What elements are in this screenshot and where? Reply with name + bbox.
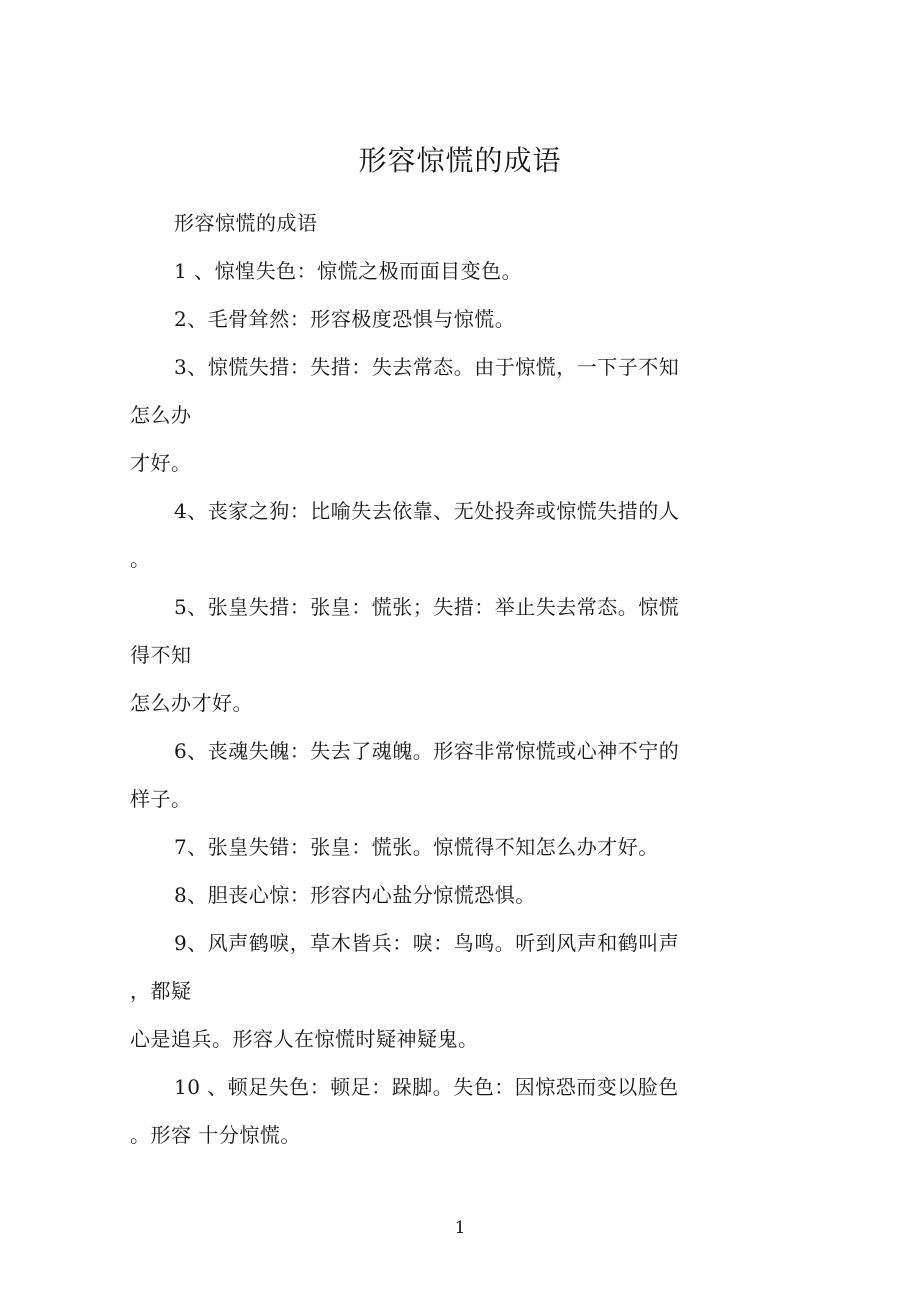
- text-line: 4、丧家之狗：比喻失去依靠、无处投奔或惊慌失措的人: [130, 496, 750, 544]
- text-line: 9、风声鹤唳，草木皆兵：唳：鸟鸣。听到风声和鹤叫声: [130, 928, 750, 976]
- text-line: 8、胆丧心惊：形容内心盐分惊慌恐惧。: [130, 880, 750, 928]
- text-line: 。: [130, 544, 750, 592]
- text-line: 5、张皇失措：张皇：慌张；失措：举止失去常态。惊慌: [130, 592, 750, 640]
- text-line: 心是追兵。形容人在惊慌时疑神疑鬼。: [130, 1024, 750, 1072]
- text-line: 10 、顿足失色：顿足：跺脚。失色：因惊恐而变以脸色: [130, 1072, 750, 1120]
- document-page: 形容惊慌的成语 形容惊慌的成语 1 、惊惶失色：惊慌之极而面目变色。 2、毛骨耸…: [0, 0, 920, 1303]
- text-line: 3、惊慌失措：失措：失去常态。由于惊慌，一下子不知: [130, 352, 750, 400]
- text-line: 7、张皇失错：张皇：慌张。惊慌得不知怎么办才好。: [130, 832, 750, 880]
- page-number: 1: [0, 1218, 920, 1238]
- text-line: 2、毛骨耸然：形容极度恐惧与惊慌。: [130, 304, 750, 352]
- text-line: 形容惊慌的成语: [130, 208, 750, 256]
- document-title: 形容惊慌的成语: [0, 139, 920, 179]
- text-line: 6、丧魂失魄：失去了魂魄。形容非常惊慌或心神不宁的: [130, 736, 750, 784]
- text-line: 1 、惊惶失色：惊慌之极而面目变色。: [130, 256, 750, 304]
- text-line: 怎么办: [130, 400, 750, 448]
- text-line: 才好。: [130, 448, 750, 496]
- text-line: 样子。: [130, 784, 750, 832]
- document-body: 形容惊慌的成语 1 、惊惶失色：惊慌之极而面目变色。 2、毛骨耸然：形容极度恐惧…: [130, 208, 750, 1168]
- text-line: 。形容 十分惊慌。: [130, 1120, 750, 1168]
- text-line: 怎么办才好。: [130, 688, 750, 736]
- text-line: ，都疑: [130, 976, 750, 1024]
- text-line: 得不知: [130, 640, 750, 688]
